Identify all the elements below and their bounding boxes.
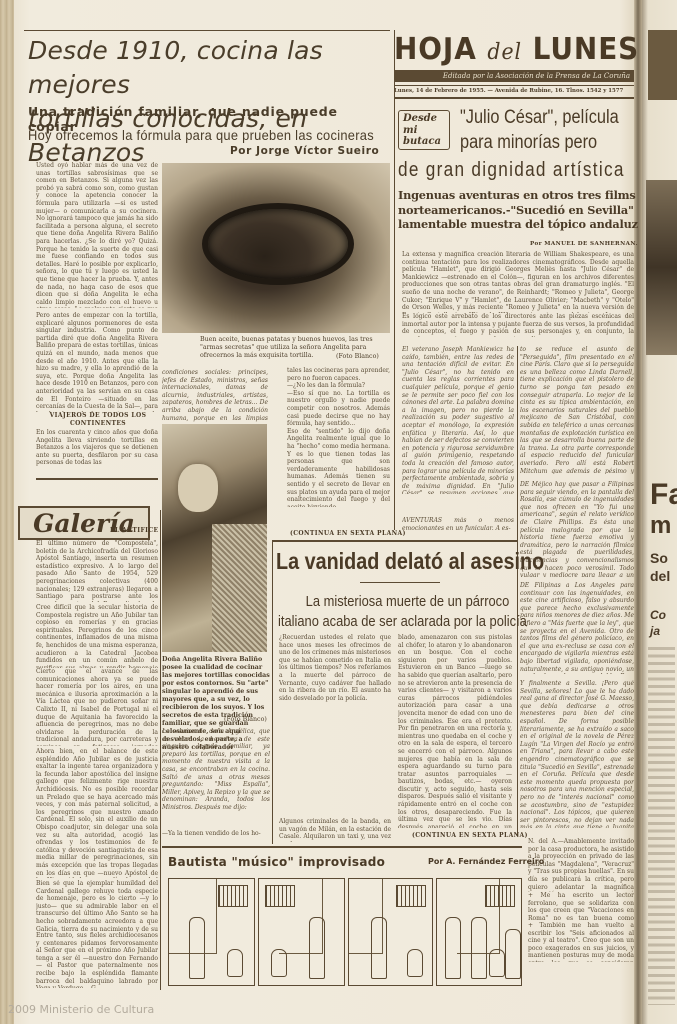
masthead-hoja: HOJA <box>394 32 477 67</box>
tortillas-byline: Por Jorge Víctor Sueiro <box>230 145 379 157</box>
cine-sevilla: Y finalmente a Sevilla. ¡Pero qué Sevill… <box>520 680 634 828</box>
continua-link-2: (CONTINUA EN SEXTA PLANA) <box>412 832 528 839</box>
tall-figure <box>309 917 325 979</box>
tortillas-deck: Hoy ofrecemos la fórmula para que pruebe… <box>28 127 361 143</box>
adjacent-fragment: Fa <box>650 478 677 512</box>
divider <box>162 846 522 848</box>
tortillas-column-1c: En los cuarenta y cinco años que doña An… <box>36 429 158 475</box>
comic-title: Bautista "músico" improvisado <box>168 855 385 869</box>
comic-byline: Por A. Fernández Ferreiro <box>428 857 544 866</box>
crime-headline: La vanidad delató al asesino <box>276 548 491 574</box>
comic-panel-4 <box>436 878 522 986</box>
cine-intro: La extensa y magnífica creación literari… <box>402 251 634 313</box>
page-gutter <box>634 0 642 1024</box>
galeria-paragraph-6: Entre tanto, sus fieles archidiocesanos … <box>36 932 158 988</box>
figure <box>445 917 461 979</box>
col3-answer: —Eso sí que no. La tortilla es nuestro o… <box>287 390 390 428</box>
portrait-photo <box>162 424 267 652</box>
tortillas-column-3: tales las cocineras para aprender, pero … <box>287 367 390 507</box>
divider <box>272 540 517 542</box>
continua-link-1: (CONTINUA EN SEXTA PLANA) <box>290 530 406 537</box>
tall-figure <box>471 917 487 979</box>
adjacent-fragment: Co <box>650 608 666 622</box>
photo-credit-1: (Foto Blanco) <box>336 353 379 361</box>
tortillas-column-2c: —Ya la tienen vendido de los ho- <box>162 830 270 840</box>
crime-column-1-end: Algunos criminales de la banda, en un va… <box>279 818 391 842</box>
column-divider <box>272 540 273 844</box>
divider <box>360 582 440 583</box>
figure <box>505 929 521 979</box>
comic-panel-1 <box>168 878 255 986</box>
child-figure <box>271 949 287 977</box>
crime-subhead-2: italiano acaba de ser aclarada por la po… <box>278 613 493 631</box>
dateline: Lunes, 14 de Febrero de 1955. — Avenida … <box>394 85 634 99</box>
col3-paragraph: tales las cocineras para aprender, pero … <box>287 367 390 382</box>
cine-subhead-1: Ingenuas aventuras en otros tres films <box>398 188 638 203</box>
desde-mi-butaca-box: Desde mi butaca <box>398 110 450 150</box>
column-divider <box>394 30 395 530</box>
tortillas-column-2: condiciones sociales: principes, jefes d… <box>162 369 268 422</box>
col3-paragraph-2: Eso de "sentido" lo dijo doña Angelita r… <box>287 428 390 507</box>
photo-credit-2: (Foto Blanco) <box>224 716 267 724</box>
adjacent-page-photo <box>646 180 677 355</box>
tortillas-column-2b: La sobrina de doña Angélica, que es ahor… <box>162 728 270 828</box>
crime-subhead-1: La misteriosa muerte de un párroco <box>300 593 515 611</box>
galeria-paragraph-5: Bien sé que la ejemplar humildad del Car… <box>36 880 158 932</box>
galeria-paragraph-3: Cierto que el avance de las comunicacion… <box>36 668 158 746</box>
crime-column-2: blado, amenazaron con sus pistolas al ch… <box>398 634 512 828</box>
cine-nota-2: + Me ha escrito un lector ferrolano, que… <box>528 892 634 922</box>
tortillas-column-1b: Pero antes de empezar con la tortilla, e… <box>36 312 158 412</box>
adjacent-fragment: ja <box>650 624 660 638</box>
galeria-section: EL ARTIFICE <box>110 527 159 534</box>
adjacent-fragment: del <box>650 568 670 584</box>
cine-column-2: to se reduce el asunto de "Perseguida", … <box>520 346 634 474</box>
galeria-paragraph-2: Cree difícil que la secular historia de … <box>36 604 158 668</box>
cine-intro-2: Es lógico este arrebato de los directore… <box>402 313 634 337</box>
masthead: HOJA del LUNES <box>394 32 617 68</box>
cine-nota-3: + También me han vuelto a escribir los "… <box>528 922 634 962</box>
cine-subhead-3: lamentable muestra del tópico andaluz <box>398 217 638 232</box>
col3-question: —¿No les dan la fórmula? <box>287 382 390 390</box>
headline-line-1: Desde 1910, cocina las mejores <box>28 34 390 102</box>
child-figure <box>227 949 243 977</box>
column-divider <box>517 346 518 836</box>
cine-headline-1: "Julio César", película <box>460 107 619 129</box>
galeria-paragraph-4: Ahora bien, en el balance de este esplén… <box>36 748 158 878</box>
child-figure <box>407 949 423 977</box>
binding-spine <box>0 0 14 1024</box>
divider <box>36 478 158 480</box>
comic-panel-2 <box>258 878 345 986</box>
adjacent-fragment: So <box>650 550 668 566</box>
column-divider <box>160 510 161 990</box>
cine-byline: Por MANUEL DE SANHERNAN. <box>530 241 638 247</box>
cine-column-1: El veterano Joseph Mankiewicz ha caído, … <box>402 346 514 494</box>
tall-figure <box>371 917 387 979</box>
frying-pan-photo <box>162 163 390 333</box>
cine-filipinas: DE Filipinas a Los Angeles para continua… <box>520 582 634 674</box>
galeria-logo: Galería <box>18 506 150 540</box>
section-heading: VIAJEROS DE TODOS LOS CONTINENTES <box>42 412 154 427</box>
crime-column-1: ¿Recuerdan ustedes el relato que hace un… <box>279 634 391 814</box>
divider <box>24 30 390 31</box>
cine-aventuras: AVENTURAS más o menos emocionantes en un… <box>402 517 514 533</box>
adjacent-page-block <box>648 30 677 100</box>
cine-subhead: Ingenuas aventuras en otros tres films n… <box>398 188 638 232</box>
cine-subhead-2: norteamericanos.-"Sucedió en Sevilla" <box>398 203 638 218</box>
galeria-paragraph-1: El último número de "Compostela", boletí… <box>36 540 158 602</box>
tortillas-column-1: Usted oyó hablar más de una vez de unas … <box>36 162 158 308</box>
adjacent-fragment: m <box>650 512 671 540</box>
adjacent-page-text <box>648 645 675 1005</box>
child-figure <box>489 949 505 977</box>
masthead-del: del <box>487 40 522 65</box>
tall-figure <box>189 917 205 979</box>
masthead-tagline: Editada por la Asociación de la Prensa d… <box>394 70 634 82</box>
comic-panel-3 <box>348 878 433 986</box>
masthead-lunes: LUNES <box>533 32 640 67</box>
copyright-watermark: 2009 Ministerio de Cultura <box>8 1003 154 1016</box>
newspaper-page: Desde 1910, cocina las mejores tortillas… <box>0 0 677 1024</box>
cine-headline-3: de gran dignidad artística <box>398 159 625 181</box>
cine-headline-2: para minorías pero <box>460 132 597 154</box>
